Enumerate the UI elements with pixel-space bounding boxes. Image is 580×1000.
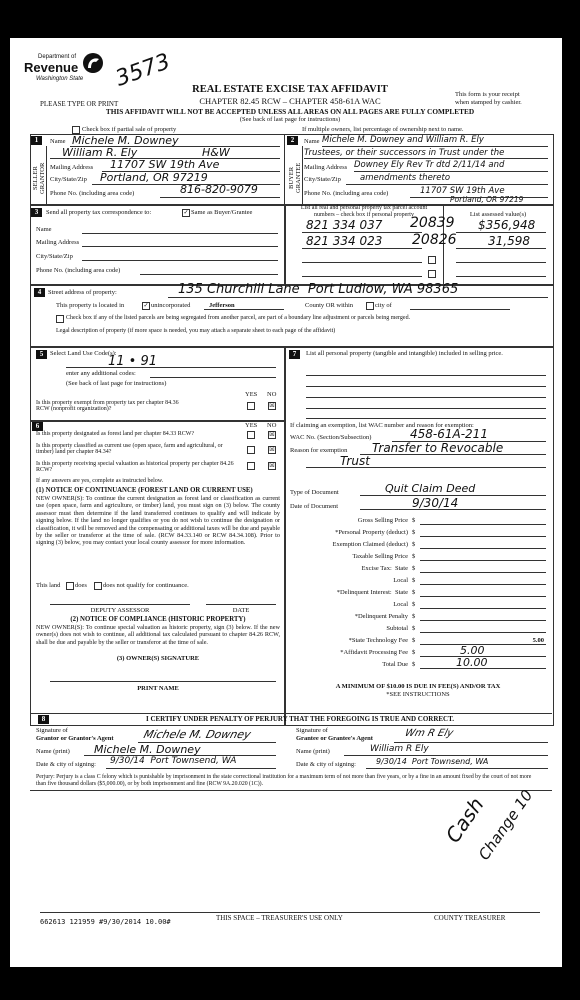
currency-sign: $	[412, 661, 415, 668]
corr-city-label: City/State/Zip	[36, 253, 73, 260]
form-chapter: CHAPTER 82.45 RCW – CHAPTER 458-61A WAC	[140, 96, 440, 106]
fee-field-personal[interactable]	[420, 536, 546, 537]
tech-fee-value: 5.00	[420, 637, 544, 644]
wac-value[interactable]: 458-61A-211	[410, 427, 488, 441]
section-number-4: 4	[34, 288, 45, 297]
additional-codes-label: enter any additional codes:	[66, 370, 136, 377]
field-line	[360, 509, 546, 510]
fee-label-interest-local: Local	[290, 601, 408, 608]
additional-codes-field[interactable]	[150, 377, 276, 378]
buyer-city-value[interactable]: amendments thereto	[360, 173, 450, 183]
buyer-phone-label: Phone No. (including area code)	[304, 190, 388, 197]
exemption-reason-label: Reason for exemption	[290, 447, 347, 454]
fee-label-taxable: Taxable Selling Price	[290, 553, 408, 560]
yes-header: YES	[245, 422, 257, 429]
buyer-mailing-value[interactable]: Downey Ely Rev Tr dtd 2/11/14 and	[354, 160, 504, 170]
historical-yes-checkbox[interactable]	[247, 462, 255, 470]
treasurer-use-label: THIS SPACE – TREASURER'S USE ONLY	[216, 914, 343, 922]
no-header: NO	[267, 422, 276, 429]
currency-sign: $	[412, 637, 415, 644]
historical-question: Is this property receiving special valua…	[36, 461, 241, 473]
current-use-yes-checkbox[interactable]	[247, 446, 255, 454]
seller-phone-value[interactable]: 816-820-9079	[180, 183, 258, 196]
field-line	[322, 146, 548, 147]
field-line	[168, 297, 548, 298]
notice-compliance-title: (2) NOTICE OF COMPLIANCE (HISTORIC PROPE…	[36, 616, 280, 623]
county-label: County OR within	[305, 302, 353, 309]
document-type-value[interactable]: Quit Claim Deed	[385, 482, 475, 495]
print-name-label: PRINT NAME	[36, 685, 280, 692]
seller-mailing-value[interactable]: 11707 SW 19th Ave	[110, 158, 219, 171]
fee-label-subtotal: Subtotal	[290, 625, 408, 632]
land-use-label: Select Land Use Code(s):	[50, 350, 117, 357]
field-line	[70, 146, 280, 147]
field-line	[306, 467, 546, 468]
section-number-7: 7	[289, 350, 300, 359]
corr-name-field[interactable]	[82, 233, 278, 234]
street-address-value[interactable]: 135 Churchill Lane Port Ludlow, WA 98365	[178, 282, 458, 297]
fee-label-tech: *State Technology Fee	[290, 637, 408, 644]
grantor-label: GRANTOR	[39, 162, 46, 193]
cashier-stamp: 662613 121959 #9/30/2014 10.00#	[40, 918, 171, 926]
buyer-label: BUYER	[288, 167, 295, 189]
current-use-question: Is this property classified as current u…	[36, 443, 241, 455]
document-date-value[interactable]: 9/30/14	[412, 496, 458, 510]
buyer-name-2[interactable]: Trustees, or their successors in Trust u…	[304, 148, 504, 158]
does-qualify-checkbox[interactable]	[66, 582, 74, 590]
see-back: (See back of last page for instructions)	[140, 116, 440, 123]
currency-sign: $	[412, 577, 415, 584]
receipt-note-2: when stamped by cashier.	[455, 99, 522, 106]
assessed-value-2[interactable]: 31,598	[488, 234, 530, 248]
fee-label-penalty: *Delinquent Penalty	[290, 613, 408, 620]
date-label: DATE	[206, 607, 276, 614]
currency-sign: $	[412, 601, 415, 608]
treasurer-divider	[40, 912, 540, 913]
document-type-label: Type of Document	[290, 489, 339, 496]
buyer-name-1[interactable]: Michele M. Downey and William R. Ely	[322, 135, 484, 145]
personal-property-line[interactable]	[306, 418, 546, 419]
seller-label: SELLER	[32, 166, 39, 190]
exempt-yes-checkbox[interactable]	[247, 402, 255, 410]
partial-sale-label: Check box if partial sale of property	[82, 126, 176, 133]
grantor-sig-label-1: Signature of	[36, 727, 68, 734]
parcel-line	[302, 262, 422, 263]
county-treasurer-label: COUNTY TREASURER	[434, 914, 505, 922]
fee-label-excise-local: Local	[290, 577, 408, 584]
field-line	[346, 184, 548, 185]
field-line	[344, 755, 548, 756]
forest-yes-checkbox[interactable]	[247, 431, 255, 439]
currency-sign: $	[412, 553, 415, 560]
parcel-number-1[interactable]: 821 334 037	[306, 218, 382, 232]
document-date-label: Date of Document	[290, 503, 338, 510]
does-not-label: does not qualify for continuance.	[103, 582, 189, 589]
seller-name-label: Name	[50, 138, 66, 145]
perjury-notice: Perjury: Perjury is a class C felony whi…	[36, 774, 536, 788]
grantee-name-value[interactable]: William R Ely	[370, 744, 429, 754]
field-line	[66, 367, 276, 368]
affidavit-page: Department of Revenue Washington State 3…	[10, 38, 562, 967]
field-line	[160, 197, 280, 198]
field-line	[360, 454, 546, 455]
personal-property-checkbox[interactable]	[428, 256, 436, 264]
field-line	[394, 742, 548, 743]
field-line	[204, 309, 284, 310]
fee-field-interest-state[interactable]	[420, 596, 546, 597]
land-use-see-back: (See back of last page for instructions)	[66, 380, 166, 387]
section-number-1: 1	[31, 136, 42, 145]
field-line	[410, 197, 548, 198]
owner-signature-label: (3) OWNER(S) SIGNATURE	[36, 655, 280, 662]
fee-field-subtotal[interactable]	[420, 632, 546, 633]
exemption-reason-value-1[interactable]: Transfer to Revocable	[372, 441, 503, 455]
section-number-6: 6	[32, 422, 43, 431]
does-label: does	[75, 582, 87, 589]
exemption-reason-value-2[interactable]: Trust	[340, 454, 370, 468]
logo-text-revenue: Revenue	[24, 60, 78, 75]
margin-note-change: Change 10	[475, 787, 536, 864]
certify-statement: I CERTIFY UNDER PENALTY OF PERJURY THAT …	[70, 715, 530, 723]
grantor-signature[interactable]: Michele M. Downey	[142, 728, 252, 741]
notice-continuance-body: NEW OWNER(S): To continue the current de…	[36, 495, 280, 547]
field-line	[304, 158, 548, 159]
assessed-value-1[interactable]: $356,948	[478, 218, 535, 232]
personal-property-line[interactable]	[306, 386, 546, 387]
grantee-sig-label-2: Grantee or Grantee's Agent	[296, 735, 373, 742]
parcel-code-1: 20839	[410, 215, 455, 231]
located-in-label: This property is located in	[56, 302, 124, 309]
margin-note-cash: Cash	[441, 793, 489, 847]
divider	[46, 146, 47, 204]
legal-description-label: Legal description of property (if more s…	[56, 328, 335, 334]
county-value[interactable]: Jefferson	[209, 302, 235, 309]
form-title: REAL ESTATE EXCISE TAX AFFIDAVIT	[140, 84, 440, 95]
personal-property-label: List all personal property (tangible and…	[306, 350, 546, 357]
this-land-label: This land	[36, 582, 60, 589]
grantor-sig-label-2: Grantor or Grantor's Agent	[36, 735, 114, 742]
same-as-buyer-checkbox[interactable]: ✓	[182, 209, 190, 217]
corr-mailing-field[interactable]	[82, 246, 278, 247]
owner-signature-line[interactable]	[50, 681, 276, 682]
buyer-city-label: City/State/Zip	[304, 176, 341, 183]
section-number-3: 3	[31, 208, 42, 217]
fee-label-total: Total Due	[290, 661, 408, 668]
fee-label-gross: Gross Selling Price	[290, 517, 408, 524]
section-number-2: 2	[287, 136, 298, 145]
corr-city-field[interactable]	[82, 260, 278, 261]
corr-phone-label: Phone No. (including area code)	[36, 267, 120, 274]
see-instructions: *SEE INSTRUCTIONS	[286, 691, 550, 698]
send-correspondence-label: Send all property tax correspondence to:	[46, 209, 151, 216]
grantor-date-value[interactable]: 9/30/14 Port Townsend, WA	[110, 756, 236, 766]
unincorporated-checkbox[interactable]: ✓	[142, 302, 150, 310]
parcel-number-2[interactable]: 821 334 023	[306, 234, 382, 248]
corr-name-label: Name	[36, 226, 52, 233]
fee-label-excise-state: Excise Tax: State	[290, 565, 408, 572]
currency-sign: $	[412, 625, 415, 632]
logo-text-state: Washington State	[36, 76, 83, 82]
currency-sign: $	[412, 589, 415, 596]
personal-property-line[interactable]	[306, 408, 546, 409]
fee-field-excise-local[interactable]	[420, 584, 546, 585]
total-due-value[interactable]: 10.00	[456, 656, 488, 669]
fee-field-penalty[interactable]	[420, 620, 546, 621]
grantee-date-label: Date & city of signing:	[296, 761, 356, 768]
fee-label-exemption: Exemption Claimed (deduct)	[290, 541, 408, 548]
segregated-label: Check box if any of the listed parcels a…	[66, 315, 410, 321]
field-line	[106, 768, 276, 769]
field-line	[354, 171, 548, 172]
notice-compliance-body: NEW OWNER(S): To continue special valuat…	[36, 624, 280, 646]
personal-property-line[interactable]	[306, 397, 546, 398]
grantee-label: GRANTEE	[295, 163, 302, 193]
corr-mailing-label: Mailing Address	[36, 239, 79, 246]
partial-sale-checkbox[interactable]	[72, 126, 80, 134]
dor-logo-icon	[82, 52, 104, 74]
parcels-header-1: List all real and personal property tax …	[286, 205, 442, 211]
currency-sign: $	[412, 649, 415, 656]
city-field[interactable]	[410, 309, 510, 310]
grantee-date-value[interactable]: 9/30/14 Port Townsend, WA	[376, 757, 488, 766]
grantee-signature[interactable]: Wm R Ely	[404, 728, 455, 739]
seller-mailing-label: Mailing Address	[50, 164, 93, 171]
parcel-line	[302, 276, 422, 277]
fee-field-gross[interactable]	[420, 524, 546, 525]
city-checkbox[interactable]	[366, 302, 374, 310]
same-as-buyer-label: Same as Buyer/Grantee	[191, 209, 252, 216]
street-address-label: Street address of property:	[48, 289, 117, 296]
unincorporated-label: unincorporated	[151, 302, 190, 309]
forest-land-question: Is this property designated as forest la…	[36, 431, 241, 437]
currency-sign: $	[412, 565, 415, 572]
forest-no-checkbox[interactable]: ☒	[268, 431, 276, 439]
value-line	[456, 276, 546, 277]
deputy-assessor-label: DEPUTY ASSESSOR	[50, 607, 190, 614]
grantor-name-label: Name (print)	[36, 748, 70, 755]
fee-field-excise-state[interactable]	[420, 572, 546, 573]
receipt-note-1: This form is your receipt	[455, 91, 520, 98]
grantee-sig-label-1: Signature of	[296, 727, 328, 734]
currency-sign: $	[412, 541, 415, 548]
buyer-mailing-label: Mailing Address	[304, 164, 347, 171]
exempt-question: Is this property exempt from property ta…	[36, 400, 186, 412]
currency-sign: $	[412, 529, 415, 536]
currency-sign: $	[412, 517, 415, 524]
personal-property-checkbox[interactable]	[428, 270, 436, 278]
field-line	[366, 768, 548, 769]
current-use-no-checkbox[interactable]: ☒	[268, 446, 276, 454]
value-line	[456, 248, 546, 249]
wac-label: WAC No. (Section/Subsection)	[290, 434, 371, 441]
warning-banner: THIS AFFIDAVIT WILL NOT BE ACCEPTED UNLE…	[30, 107, 550, 116]
section-number-8: 8	[38, 715, 49, 724]
divider	[302, 146, 303, 204]
if-yes-note: If any answers are yes, complete as inst…	[36, 478, 163, 484]
fee-field-exemption[interactable]	[420, 548, 546, 549]
no-header: NO	[267, 391, 276, 398]
seller-city-label: City/State/Zip	[50, 176, 87, 183]
grantor-date-label: Date & city of signing:	[36, 761, 96, 768]
historical-no-checkbox[interactable]: ☒	[268, 462, 276, 470]
buyer-name-label: Name	[304, 138, 320, 145]
notice-continuance-title: (1) NOTICE OF CONTINUANCE (FOREST LAND O…	[36, 487, 253, 494]
yes-header: YES	[245, 391, 257, 398]
minimum-due-note: A MINIMUM OF $10.00 IS DUE IN FEE(S) AND…	[286, 683, 550, 690]
parcel-line	[302, 248, 422, 249]
seller-phone-label: Phone No. (including area code)	[50, 190, 134, 197]
city-of-label: city of	[375, 302, 392, 309]
fee-label-personal: *Personal Property (deduct)	[290, 529, 408, 536]
corr-phone-field[interactable]	[140, 274, 278, 275]
fee-field-taxable[interactable]	[420, 560, 546, 561]
value-line	[456, 232, 546, 233]
assessed-values-header: List assessed value(s)	[446, 211, 550, 218]
dor-logo: Department of Revenue Washington State	[24, 52, 104, 86]
fee-field-interest-local[interactable]	[420, 608, 546, 609]
does-not-qualify-checkbox[interactable]	[94, 582, 102, 590]
grantee-name-label: Name (print)	[296, 748, 330, 755]
fee-label-processing: *Affidavit Processing Fee	[290, 649, 408, 656]
multiple-owners-note: If multiple owners, list percentage of o…	[302, 126, 464, 133]
currency-sign: $	[412, 613, 415, 620]
parcel-code-2: 20826	[412, 232, 457, 248]
section-number-5: 5	[36, 350, 47, 359]
parcel-line	[302, 232, 422, 233]
exempt-no-checkbox[interactable]: ☒	[268, 402, 276, 410]
date-line[interactable]	[206, 604, 276, 605]
fee-label-interest-state: *Delinquent Interest: State	[290, 589, 408, 596]
value-line	[456, 262, 546, 263]
personal-property-line[interactable]	[306, 375, 546, 376]
deputy-assessor-line[interactable]	[50, 604, 190, 605]
segregated-checkbox[interactable]	[56, 315, 64, 323]
